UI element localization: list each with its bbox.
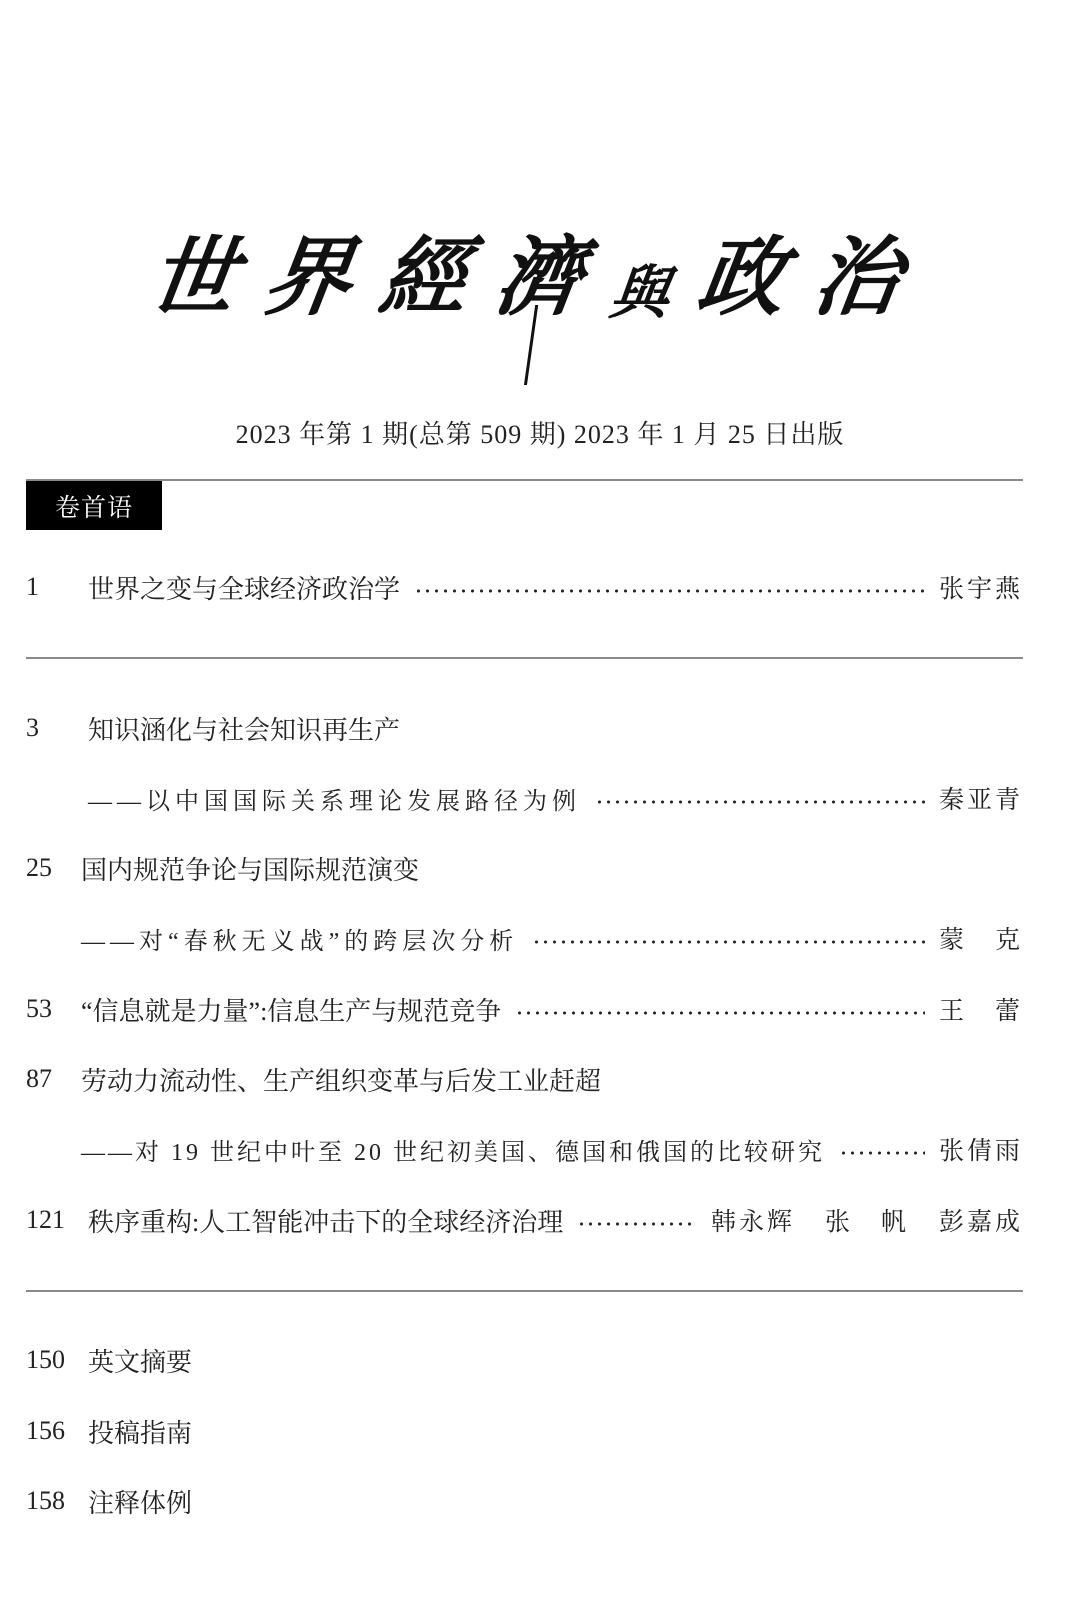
toc-entry[interactable]: 25 国内规范争论与国际规范演变 [26,848,1023,888]
toc-entry-subtitle[interactable]: ——对 19 世纪中叶至 20 世纪初美国、德国和俄国的比较研究 张倩雨 [26,1129,1023,1169]
dot-leader [595,800,925,804]
author: 王 蕾 [939,991,1023,1027]
appendix-title: 投稿指南 [88,1413,192,1450]
author: 张宇燕 [939,569,1023,605]
dot-leader [577,1222,697,1226]
article-title: 知识涵化与社会知识再生产 [88,710,400,747]
toc-entry[interactable]: 156 投稿指南 [26,1411,1023,1451]
page-number: 3 [26,713,88,743]
masthead-char: 治 [808,235,906,321]
masthead-char: 政 [693,235,791,321]
toc-entry[interactable]: 158 注释体例 [26,1481,1023,1521]
article-title: 国内规范争论与国际规范演变 [81,850,419,887]
masthead-char: 界 [259,235,357,321]
dot-leader [532,940,925,944]
toc-entry[interactable]: 3 知识涵化与社会知识再生产 [26,708,1023,748]
author: 张倩雨 [939,1131,1023,1167]
author: 张 帆 [825,1202,909,1238]
dot-leader [515,1011,925,1015]
page-number: 87 [26,1064,81,1094]
dot-leader [839,1151,925,1155]
divider [26,657,1023,659]
journal-masthead: 世 界 經 濟 與 政 治 [150,195,900,360]
article-subtitle: ——对“春秋无义战”的跨层次分析 [81,921,518,956]
page-number: 53 [26,994,81,1024]
toc-entry[interactable]: 150 英文摘要 [26,1340,1023,1380]
masthead-char: 濟 [490,235,588,321]
author: 秦亚青 [939,780,1023,816]
article-subtitle: ——以中国国际关系理论发展路径为例 [88,781,581,816]
toc-entry[interactable]: 53 “信息就是力量”:信息生产与规范竞争 王 蕾 [26,989,1023,1029]
toc-entry[interactable]: 121 秩序重构:人工智能冲击下的全球经济治理 韩永辉 张 帆 彭嘉成 [26,1200,1023,1240]
article-title: 秩序重构:人工智能冲击下的全球经济治理 [88,1202,563,1239]
article-title: “信息就是力量”:信息生产与规范竞争 [81,991,501,1028]
page-number: 150 [26,1345,88,1375]
divider [26,479,1023,481]
author: 彭嘉成 [939,1202,1023,1238]
toc-entry[interactable]: 1 世界之变与全球经济政治学 张宇燕 [26,567,1023,607]
author: 韩永辉 [711,1202,795,1238]
toc-entry[interactable]: 87 劳动力流动性、生产组织变革与后发工业赶超 [26,1059,1023,1099]
masthead-char: 世 [144,235,242,321]
page-number: 121 [26,1205,88,1235]
article-title: 世界之变与全球经济政治学 [88,569,400,606]
appendix-title: 注释体例 [88,1483,192,1520]
masthead-char: 經 [375,235,473,321]
dot-leader [414,589,925,593]
masthead-char: 與 [607,264,673,322]
page-number: 1 [26,572,88,602]
toc-entry-subtitle[interactable]: ——以中国国际关系理论发展路径为例 秦亚青 [26,778,1023,818]
article-title: 劳动力流动性、生产组织变革与后发工业赶超 [81,1061,601,1098]
issue-info: 2023 年第 1 期(总第 509 期) 2023 年 1 月 25 日出版 [0,414,1080,451]
appendix-title: 英文摘要 [88,1342,192,1379]
page-number: 158 [26,1486,88,1516]
toc-entry-subtitle[interactable]: ——对“春秋无义战”的跨层次分析 蒙 克 [26,918,1023,958]
section-label-preface: 卷首语 [26,481,162,530]
article-subtitle: ——对 19 世纪中叶至 20 世纪初美国、德国和俄国的比较研究 [81,1132,825,1167]
divider [26,1290,1023,1292]
author-group: 韩永辉 张 帆 彭嘉成 [711,1202,1023,1238]
author: 蒙 克 [939,920,1023,956]
page-number: 156 [26,1416,88,1446]
page-number: 25 [26,853,81,883]
